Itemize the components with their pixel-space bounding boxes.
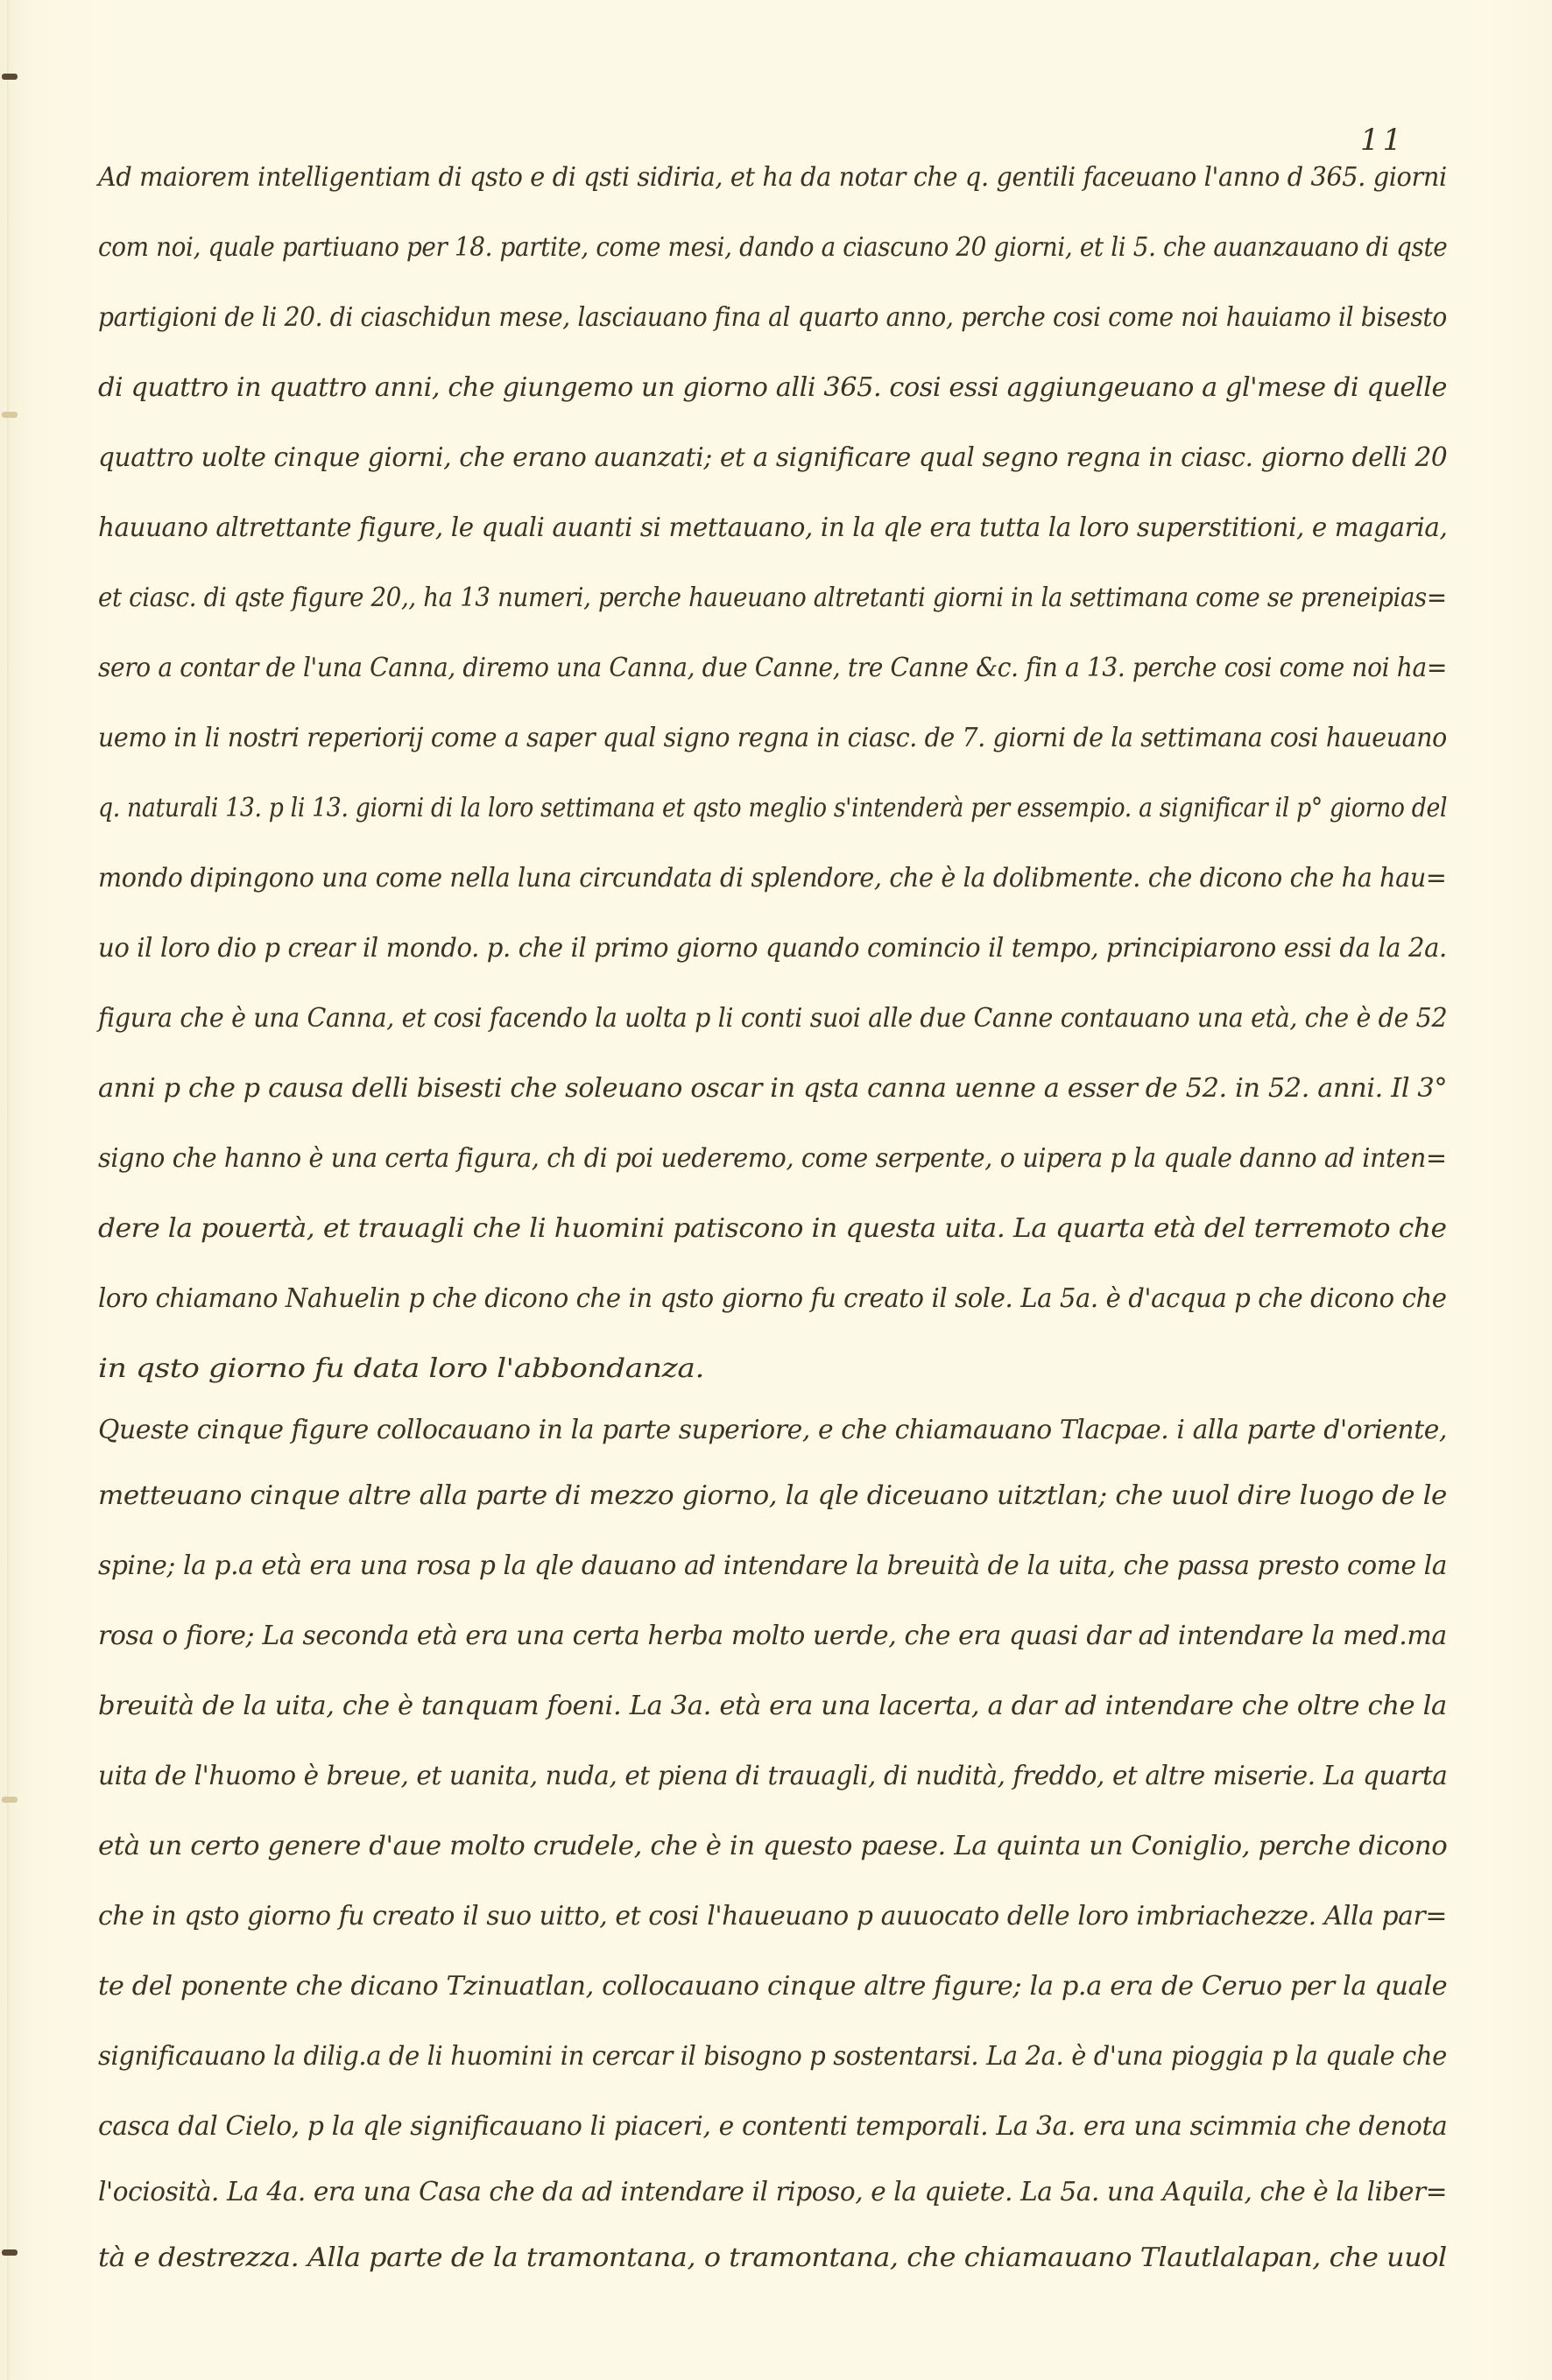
- manuscript-line: et ciasc. di qste figure 20,, ha 13 nume…: [98, 583, 1447, 613]
- manuscript-line: metteuano cinque altre alla parte di mez…: [98, 1480, 1447, 1511]
- manuscript-line: partigioni de li 20. di ciaschidun mese,…: [98, 302, 1447, 333]
- manuscript-line: te del ponente che dicano Tzinuatlan, co…: [98, 1971, 1447, 2002]
- manuscript-line: q. naturali 13. p li 13. giorni di la lo…: [98, 793, 1447, 823]
- manuscript-line: l'ociosità. La 4a. era una Casa che da a…: [98, 2177, 1447, 2207]
- manuscript-line: che in qsto giorno fu creato il suo uitt…: [98, 1901, 1447, 1932]
- manuscript-line: uo il loro dio p crear il mondo. p. che …: [98, 933, 1447, 964]
- binding-stitch: [2, 412, 18, 418]
- manuscript-line: com noi, quale partiuano per 18. partite…: [98, 232, 1447, 263]
- manuscript-line: mondo dipingono una come nella luna circ…: [98, 863, 1447, 893]
- manuscript-line: figura che è una Canna, et cosi facendo …: [98, 1003, 1447, 1034]
- manuscript-line: hauuano altrettante figure, le quali aua…: [98, 512, 1447, 543]
- manuscript-line: di quattro in quattro anni, che giungemo…: [98, 372, 1447, 403]
- binding-stitch: [2, 2249, 18, 2256]
- manuscript-line: uemo in li nostri reperiorij come a sape…: [98, 723, 1447, 753]
- manuscript-line: tà e destrezza. Alla parte de la tramont…: [98, 2242, 1447, 2273]
- binding-stitch: [2, 74, 18, 80]
- manuscript-line: breuità de la uita, che è tanquam foeni.…: [98, 1691, 1447, 1721]
- manuscript-line: signo che hanno è una certa figura, ch d…: [98, 1143, 1447, 1174]
- manuscript-line: sero a contar de l'una Canna, diremo una…: [98, 653, 1447, 683]
- binding-stitch: [2, 1797, 18, 1803]
- manuscript-line: Ad maiorem intelligentiam di qsto e di q…: [98, 162, 1447, 193]
- page-number: 11: [1360, 123, 1405, 158]
- manuscript-line: quattro uolte cinque giorni, che erano a…: [98, 442, 1447, 473]
- manuscript-line: rosa o fiore; La seconda età era una cer…: [98, 1621, 1447, 1651]
- manuscript-line: casca dal Cielo, p la qle significauano …: [98, 2111, 1447, 2142]
- manuscript-line: spine; la p.a età era una rosa p la qle …: [98, 1550, 1447, 1581]
- manuscript-line: significauano la dilig.a de li huomini i…: [98, 2041, 1447, 2072]
- manuscript-line: Queste cinque figure collocauano in la p…: [98, 1415, 1447, 1445]
- manuscript-line: loro chiamano Nahuelin p che dicono che …: [98, 1283, 1447, 1314]
- binding-edge: [7, 0, 9, 2380]
- manuscript-line: età un certo genere d'aue molto crudele,…: [98, 1831, 1447, 1861]
- manuscript-line: uita de l'huomo è breue, et uanita, nuda…: [98, 1761, 1447, 1791]
- manuscript-line: in qsto giorno fu data loro l'abbondanza…: [98, 1353, 704, 1384]
- manuscript-page: 11 Ad maiorem intelligentiam di qsto e d…: [0, 0, 1552, 2380]
- manuscript-line: anni p che p causa delli bisesti che sol…: [98, 1073, 1447, 1104]
- manuscript-line: dere la pouertà, et trauagli che li huom…: [98, 1213, 1447, 1244]
